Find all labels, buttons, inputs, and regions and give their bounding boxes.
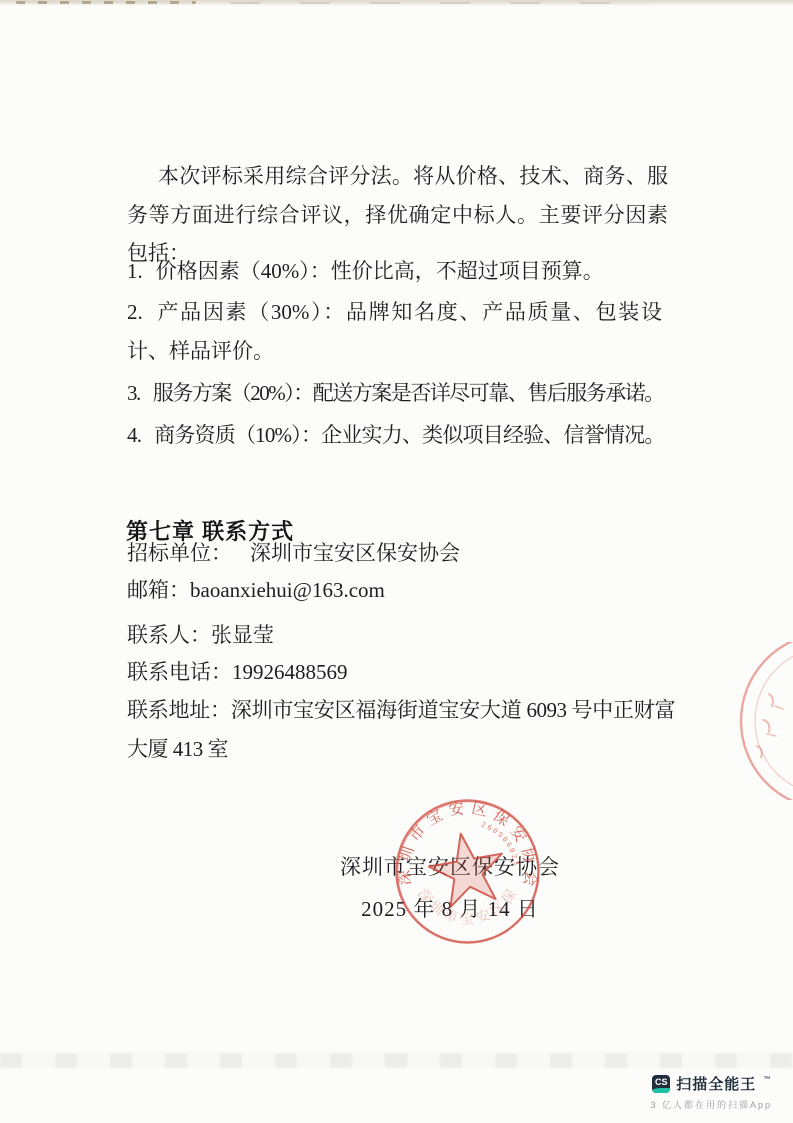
camscanner-logo-initials: CS <box>652 1075 670 1089</box>
factor-item-3: 3.服务方案（20%）：配送方案是否详尽可靠、售后服务承诺。 <box>127 374 668 413</box>
contact-value: 19926488569 <box>232 660 348 684</box>
contact-value: baoanxiehui@163.com <box>190 578 385 602</box>
factor-number: 2. <box>127 300 143 324</box>
scan-edge-mark <box>16 1 196 4</box>
contact-row-phone: 联系电话：19926488569 <box>127 653 675 692</box>
contact-row-person: 联系人：张显莹 <box>127 616 675 655</box>
factor-text: 服务方案（20%）：配送方案是否详尽可靠、售后服务承诺。 <box>153 381 664 405</box>
signature-date: 2025 年 8 月 14 日 <box>290 893 610 923</box>
contact-row-address: 联系地址：深圳市宝安区福海街道宝安大道 6093 号中正财富大厦 413 室 <box>127 691 675 768</box>
camscanner-watermark: CS 扫描全能王 ™ 3 亿人都在用的扫描App <box>650 1073 772 1111</box>
factor-text: 价格因素（40%）：性价比高，不超过项目预算。 <box>156 259 604 283</box>
camscanner-logo-swoosh <box>652 1088 670 1093</box>
contact-value: 张显莹 <box>211 623 274 647</box>
factor-item-4: 4.商务资质（10%）：企业实力、类似项目经验、信誉情况。 <box>127 416 668 455</box>
partial-seal-icon <box>717 642 793 800</box>
camscanner-app-name: 扫描全能王 <box>676 1073 756 1094</box>
scan-edge-bottom <box>0 1053 793 1068</box>
camscanner-tagline: 3 亿人都在用的扫描App <box>650 1098 772 1111</box>
factor-text: 产品因素（30%）：品牌知名度、产品质量、包装设计、样品评价。 <box>127 300 662 363</box>
camscanner-logo-icon: CS <box>652 1075 670 1093</box>
factor-text: 商务资质（10%）：企业实力、类似项目经验、信誉情况。 <box>154 423 664 447</box>
contact-row-email: 邮箱：baoanxiehui@163.com <box>127 571 675 610</box>
contact-label: 联系人： <box>127 623 211 647</box>
factor-number: 4. <box>127 423 141 447</box>
contact-row-tender-org: 招标单位：深圳市宝安区保安协会 <box>127 534 675 573</box>
contact-value: 深圳市宝安区保安协会 <box>250 541 460 565</box>
contact-label: 邮箱： <box>127 578 190 602</box>
signature-organization: 深圳市宝安区保安协会 <box>290 851 610 881</box>
contact-label: 联系电话： <box>127 660 232 684</box>
factor-number: 3. <box>127 381 140 405</box>
factor-item-2: 2.产品因素（30%）：品牌知名度、产品质量、包装设计、样品评价。 <box>127 293 662 370</box>
contact-label: 招标单位： <box>127 541 232 565</box>
scanned-document-page: 本次评标采用综合评分法。将从价格、技术、商务、服务等方面进行综合评议，择优确定中… <box>0 0 793 1123</box>
factor-item-1: 1.价格因素（40%）：性价比高，不超过项目预算。 <box>127 252 668 291</box>
factor-number: 1. <box>127 259 143 283</box>
camscanner-brand-row: CS 扫描全能王 ™ <box>652 1073 770 1094</box>
scan-edge-mark <box>230 2 650 4</box>
trademark-symbol: ™ <box>763 1076 770 1083</box>
contact-label: 联系地址： <box>127 698 231 722</box>
